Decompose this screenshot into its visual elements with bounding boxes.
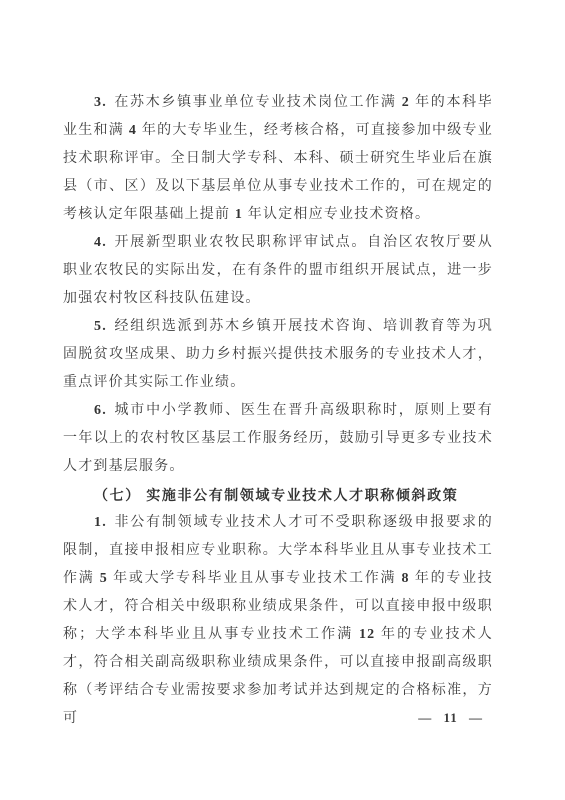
numeral: 4 <box>129 123 137 138</box>
numeral: 8 <box>401 571 409 586</box>
policy-paragraph: 1.非公有制领域专业技术人才可不受职称逐级申报要求的限制，直接申报相应专业职称。… <box>63 509 493 733</box>
paragraph-number: 5. <box>94 319 107 334</box>
paragraph-text: 在苏木乡镇事业单位专业技术岗位工作满 2 年的本科毕业生和满 4 年的大专毕业生… <box>63 95 493 222</box>
paragraph-text: 非公有制领域专业技术人才可不受职称逐级申报要求的限制，直接申报相应专业职称。大学… <box>63 515 493 726</box>
policy-paragraph: 6.城市中小学教师、医生在晋升高级职称时，原则上要有一年以上的农村牧区基层工作服… <box>63 397 493 481</box>
page-number: — 11 — <box>418 708 483 728</box>
paragraph-text: 经组织选派到苏木乡镇开展技术咨询、培训教育等为巩固脱贫攻坚成果、助力乡村振兴提供… <box>63 319 493 390</box>
section-heading: （七） 实施非公有制领域专业技术人才职称倾斜政策 <box>63 481 493 509</box>
numeral: 1 <box>235 207 243 222</box>
paragraph-text: 开展新型职业农牧民职称评审试点。自治区农牧厅要从职业农牧民的实际出发，在有条件的… <box>63 235 493 306</box>
paragraph-number: 6. <box>94 403 107 418</box>
policy-paragraph: 4.开展新型职业农牧民职称评审试点。自治区农牧厅要从职业农牧民的实际出发，在有条… <box>63 229 493 313</box>
numeral: 5 <box>100 571 108 586</box>
numeral: 12 <box>359 627 375 642</box>
paragraph-number: 4. <box>94 235 107 250</box>
paragraph-number: 3. <box>94 95 107 110</box>
heading-text: （七） 实施非公有制领域专业技术人才职称倾斜政策 <box>94 487 458 503</box>
numeral: 2 <box>402 95 410 110</box>
document-body: 3.在苏木乡镇事业单位专业技术岗位工作满 2 年的本科毕业生和满 4 年的大专毕… <box>63 89 493 733</box>
paragraph-number: 1. <box>94 515 107 530</box>
policy-paragraph: 3.在苏木乡镇事业单位专业技术岗位工作满 2 年的本科毕业生和满 4 年的大专毕… <box>63 89 493 229</box>
document-page: 3.在苏木乡镇事业单位专业技术岗位工作满 2 年的本科毕业生和满 4 年的大专毕… <box>0 0 565 800</box>
policy-paragraph: 5.经组织选派到苏木乡镇开展技术咨询、培训教育等为巩固脱贫攻坚成果、助力乡村振兴… <box>63 313 493 397</box>
paragraph-text: 城市中小学教师、医生在晋升高级职称时，原则上要有一年以上的农村牧区基层工作服务经… <box>63 403 493 474</box>
